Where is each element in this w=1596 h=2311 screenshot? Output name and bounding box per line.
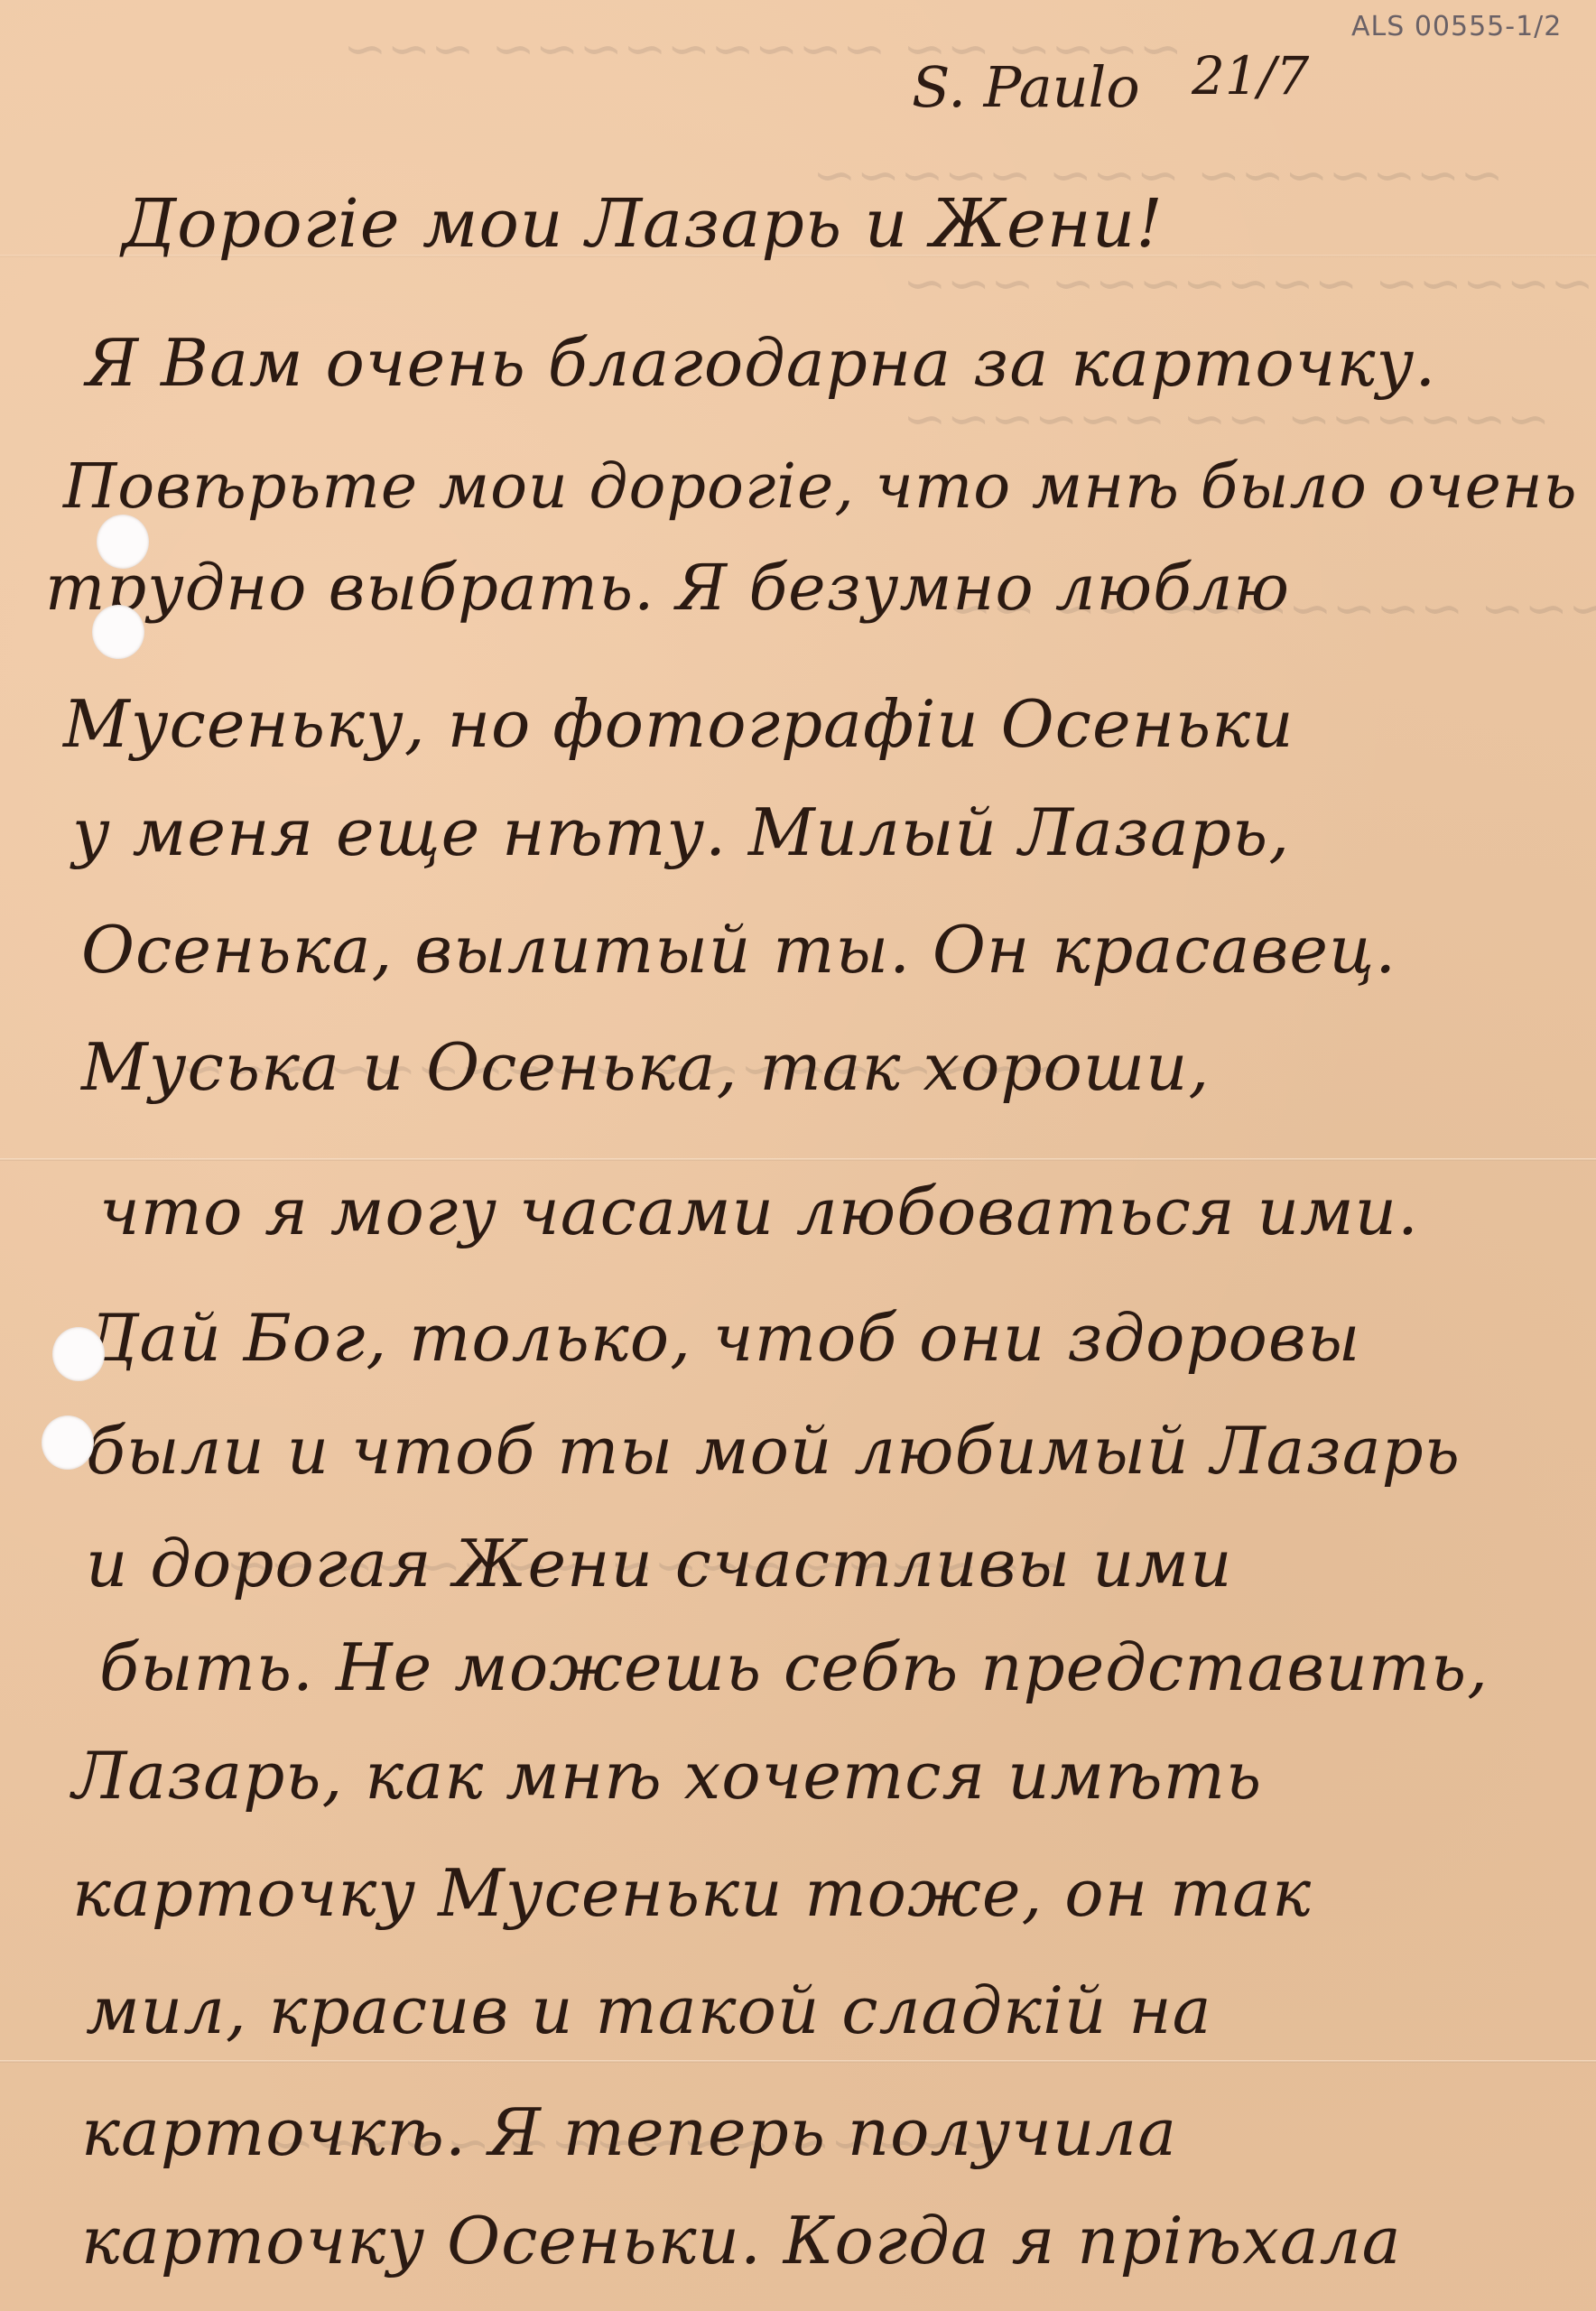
letter-line: Осенька, вылитый ты. Он красавец. bbox=[81, 912, 1396, 988]
letter-line: Лазарь, как мнѣ хочется имѣть bbox=[72, 1738, 1262, 1814]
letter-line: карточкѣ. Я теперь получила bbox=[81, 2094, 1177, 2170]
letter-greeting: Дорогіе мои Лазарь и Жени! bbox=[122, 185, 1164, 263]
punch-hole bbox=[42, 1415, 94, 1470]
letter-date: 21/7 bbox=[1192, 45, 1309, 107]
letter-line: Мусеньку, но фотографіи Осеньки bbox=[63, 686, 1294, 762]
letter-line: трудно выбрать. Я безумно люблю bbox=[45, 551, 1290, 625]
punch-hole bbox=[52, 1327, 105, 1381]
letter-line: и дорогая Жени счастливы ими bbox=[86, 1526, 1232, 1601]
letter-line: быть. Не можешь себѣ представить, bbox=[99, 1629, 1489, 1705]
letter-line: Я Вам очень благодарна за карточку. bbox=[86, 325, 1436, 401]
letter-line: карточку Осеньки. Когда я пріѣхала bbox=[81, 2203, 1402, 2279]
punch-hole bbox=[97, 515, 149, 569]
letter-line: что я могу часами любоваться ими. bbox=[99, 1174, 1419, 1249]
fold-crease bbox=[0, 1158, 1596, 1161]
fold-crease bbox=[0, 2060, 1596, 2063]
letter-line: Повѣрьте мои дорогіе, что мнѣ было очень bbox=[63, 451, 1578, 523]
letter-line: карточку Мусеньки тоже, он так bbox=[72, 1855, 1312, 1931]
letter-place: S. Paulo bbox=[912, 54, 1140, 120]
punch-hole bbox=[92, 605, 144, 659]
letter-line: мил, красив и такой сладкій на bbox=[86, 1972, 1212, 2048]
letter-line: у меня еще нѣту. Милый Лазарь, bbox=[72, 794, 1290, 870]
letter-line: Муська и Осенька, так хороши, bbox=[81, 1029, 1210, 1105]
archive-number: ALS 00555-1/2 bbox=[1351, 11, 1562, 42]
letter-line: были и чтоб ты мой любимый Лазарь bbox=[86, 1413, 1461, 1489]
letter-line: Дай Бог, только, чтоб они здоровы bbox=[86, 1300, 1360, 1376]
